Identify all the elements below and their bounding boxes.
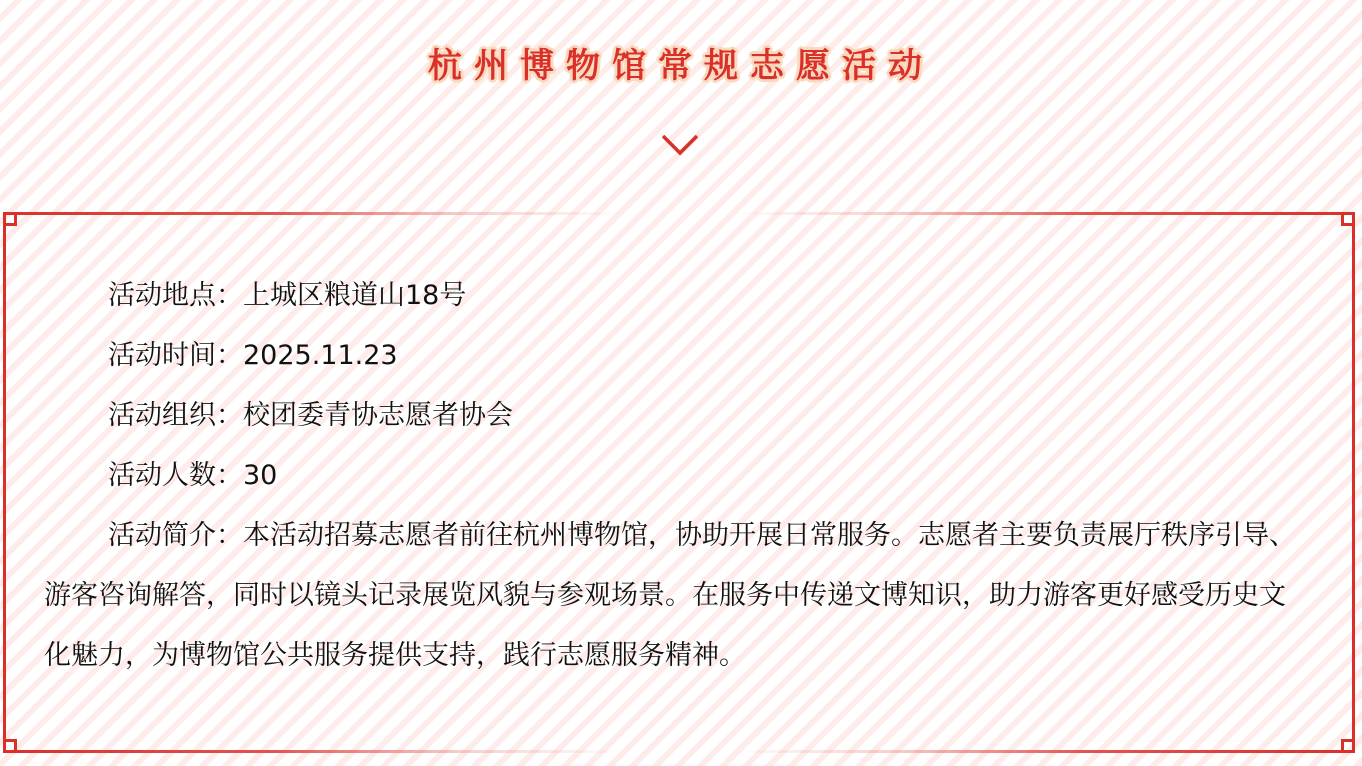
corner-square-decoration	[3, 212, 17, 226]
detail-label: 活动地点：	[108, 280, 243, 311]
card-border-right	[1352, 212, 1355, 753]
corner-square-decoration	[1341, 212, 1355, 226]
detail-time: 活动时间：2025.11.23	[44, 326, 1304, 386]
card-border-top	[3, 212, 1355, 215]
detail-intro: 活动简介：本活动招募志愿者前往杭州博物馆，协助开展日常服务。志愿者主要负责展厅秩…	[44, 506, 1304, 686]
detail-value: 2025.11.23	[243, 340, 398, 371]
detail-value: 校团委青协志愿者协会	[243, 400, 513, 431]
detail-label: 活动组织：	[108, 400, 243, 431]
chevron-down-icon	[660, 128, 700, 158]
card-border-left	[3, 212, 6, 753]
detail-value: 30	[243, 460, 277, 491]
detail-label: 活动时间：	[108, 340, 243, 371]
activity-details: 活动地点：上城区粮道山18号 活动时间：2025.11.23 活动组织：校团委青…	[44, 266, 1304, 686]
detail-label: 活动简介：	[108, 520, 243, 551]
detail-value: 上城区粮道山18号	[243, 280, 466, 311]
corner-square-decoration	[1341, 739, 1355, 753]
page-title: 杭州博物馆常规志愿活动	[0, 38, 1362, 87]
detail-label: 活动人数：	[108, 460, 243, 491]
detail-organizer: 活动组织：校团委青协志愿者协会	[44, 386, 1304, 446]
corner-square-decoration	[3, 739, 17, 753]
detail-headcount: 活动人数：30	[44, 446, 1304, 506]
card-border-bottom	[3, 750, 1355, 753]
detail-location: 活动地点：上城区粮道山18号	[44, 266, 1304, 326]
